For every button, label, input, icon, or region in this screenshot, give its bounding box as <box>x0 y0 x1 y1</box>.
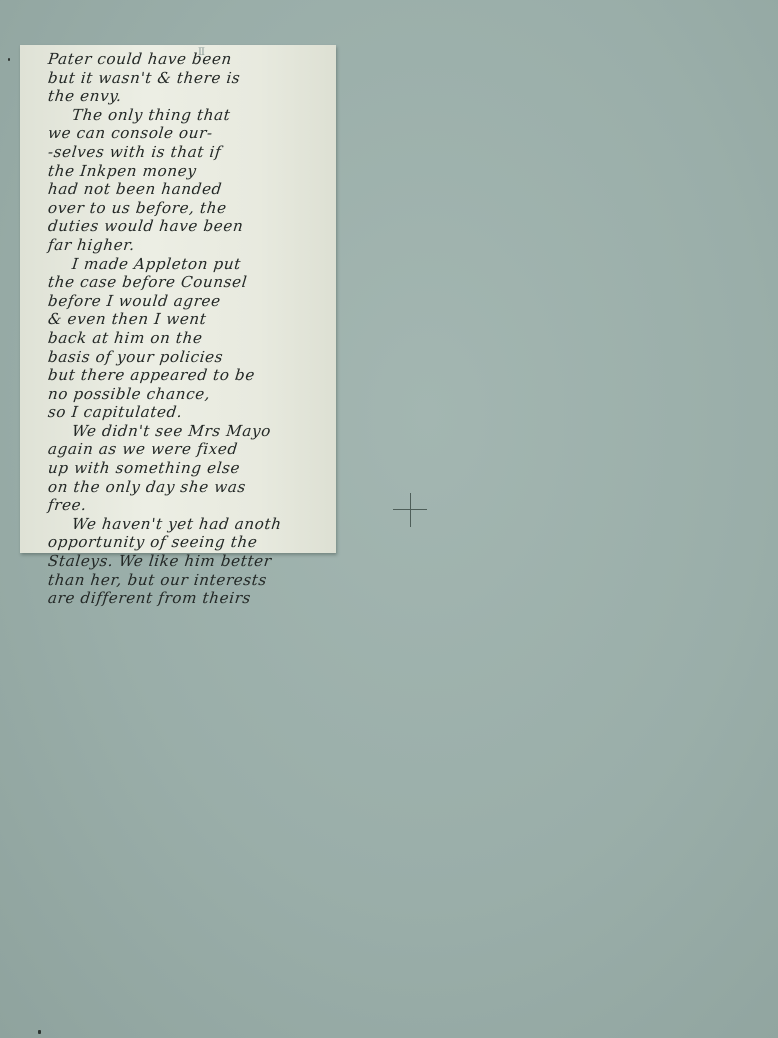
text-line: than her, but our interests <box>47 571 331 590</box>
text-line: we can console our- <box>47 124 331 143</box>
text-line: duties would have been <box>47 217 331 236</box>
text-line: had not been handed <box>47 180 331 199</box>
text-line: opportunity of seeing the <box>47 533 331 552</box>
text-line: free. <box>47 496 331 515</box>
text-line: & even then I went <box>47 310 331 329</box>
text-line: Staleys. We like him better <box>47 552 331 571</box>
text-line: but there appeared to be <box>47 366 331 385</box>
text-line: The only thing that <box>47 106 331 125</box>
text-line: I made Appleton put <box>47 255 331 274</box>
text-line: over to us before, the <box>47 199 331 218</box>
text-line: so I capitulated. <box>47 403 331 422</box>
letter-page: II Pater could have beenbut it wasn't & … <box>20 45 336 553</box>
text-line: but it wasn't & there is <box>47 69 331 88</box>
dust-speck <box>38 1030 41 1034</box>
text-line: -selves with is that if <box>47 143 331 162</box>
text-line: before I would agree <box>47 292 331 311</box>
handwritten-text: Pater could have beenbut it wasn't & the… <box>48 50 330 608</box>
text-line: far higher. <box>47 236 331 255</box>
dust-speck <box>8 58 10 61</box>
text-line: Pater could have been <box>47 50 331 69</box>
registration-crosshair-icon <box>393 493 427 527</box>
text-line: no possible chance, <box>47 385 331 404</box>
text-line: are different from theirs <box>47 589 331 608</box>
text-line: back at him on the <box>47 329 331 348</box>
text-line: on the only day she was <box>47 478 331 497</box>
text-line: We didn't see Mrs Mayo <box>47 422 331 441</box>
text-line: again as we were fixed <box>47 440 331 459</box>
text-line: up with something else <box>47 459 331 478</box>
scan-background: II Pater could have beenbut it wasn't & … <box>0 0 778 1038</box>
text-line: We haven't yet had anoth <box>47 515 331 534</box>
text-line: the envy. <box>47 87 331 106</box>
text-line: basis of your policies <box>47 348 331 367</box>
text-line: the Inkpen money <box>47 162 331 181</box>
text-line: the case before Counsel <box>47 273 331 292</box>
